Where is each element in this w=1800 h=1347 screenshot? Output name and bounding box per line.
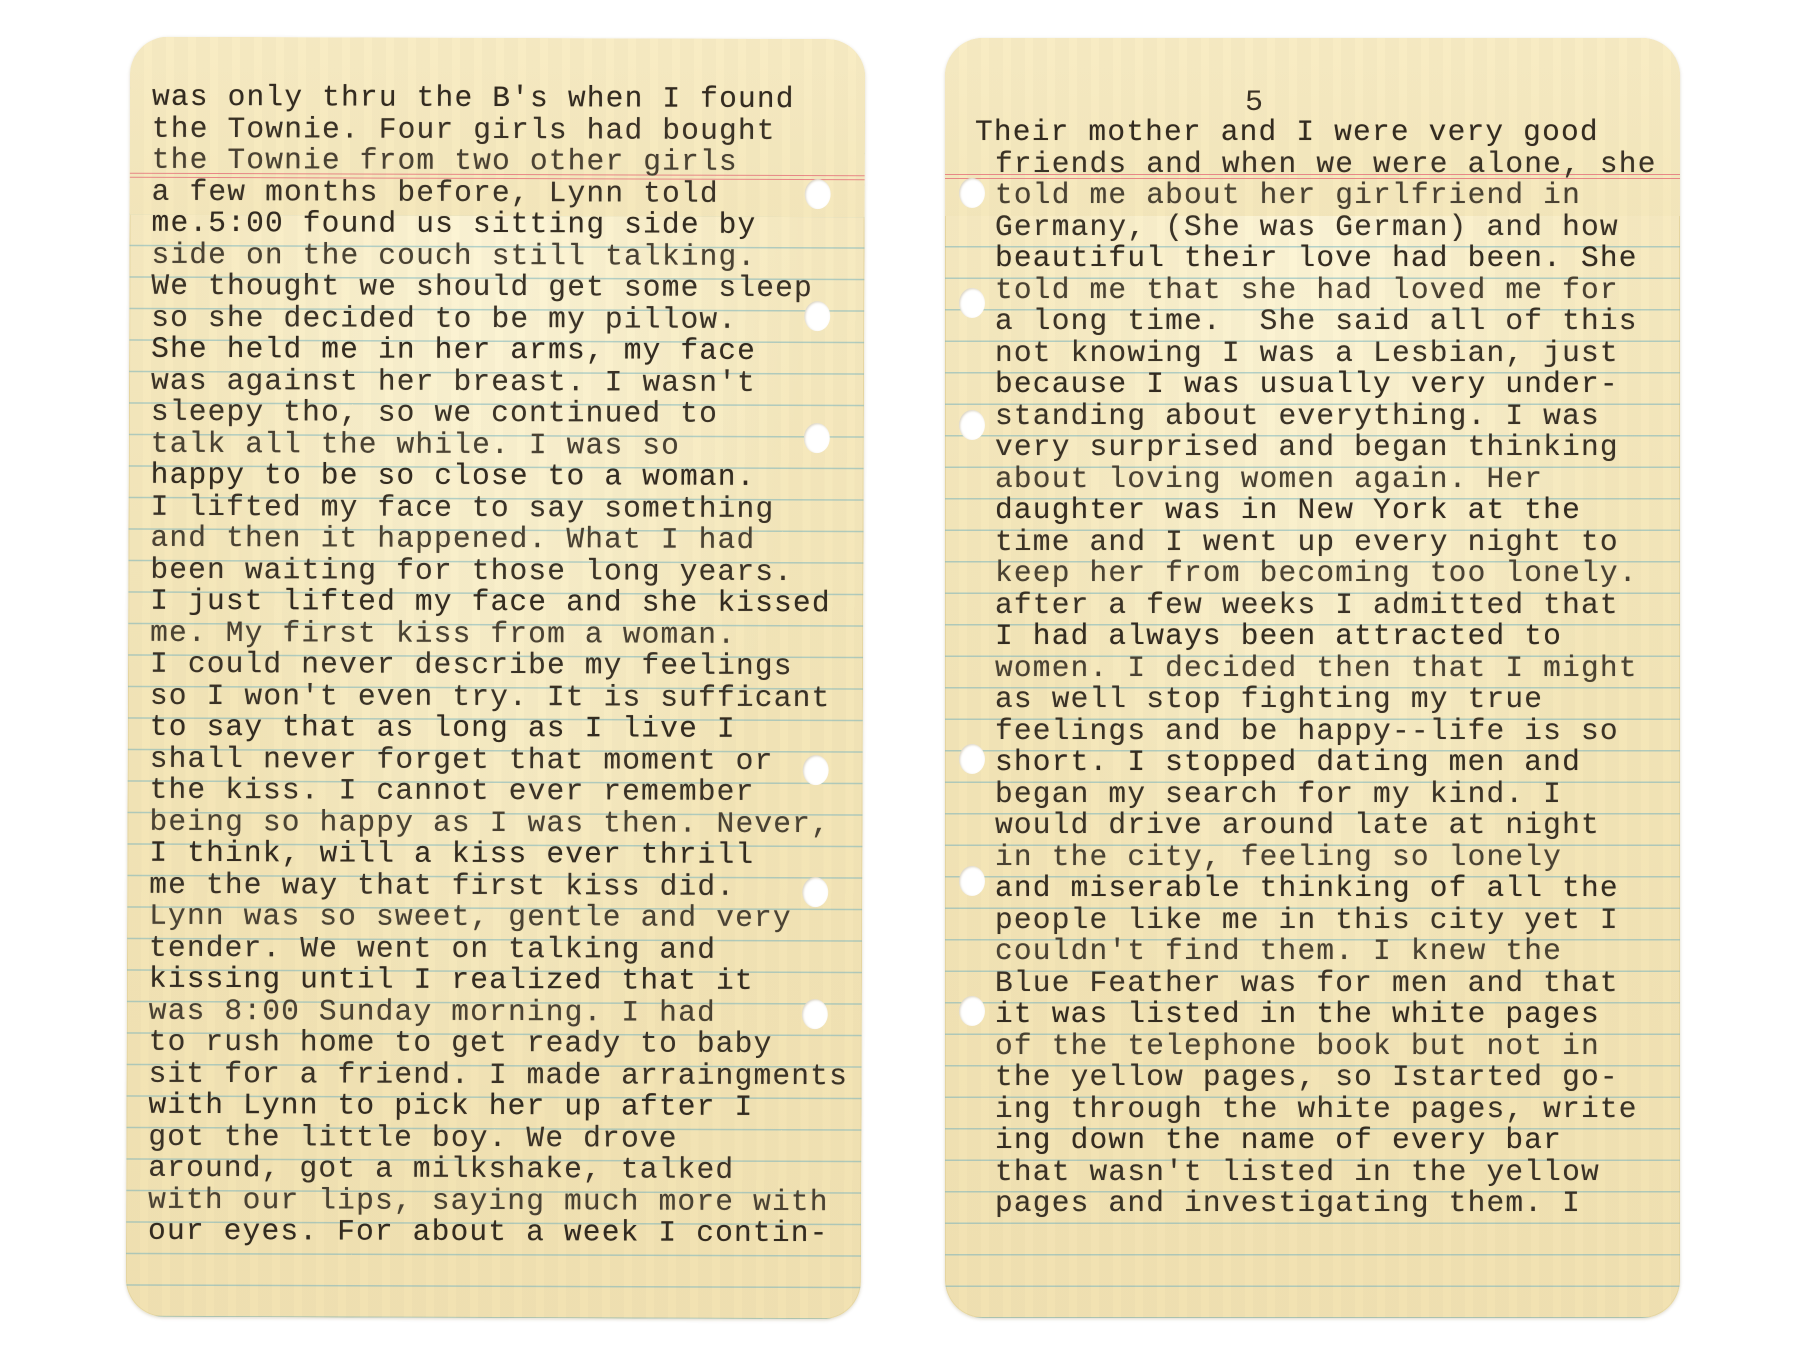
typed-line: standing about everything. I was bbox=[975, 401, 1657, 433]
typed-line: sit for a friend. I made arraingments bbox=[149, 1058, 849, 1092]
typed-line: to say that as long as I live I bbox=[150, 712, 850, 746]
typed-line: time and I went up every night to bbox=[975, 527, 1657, 559]
typed-line: was against her breast. I wasn't bbox=[151, 365, 851, 399]
typed-line: I could never describe my feelings bbox=[150, 649, 850, 683]
typed-line: I think, will a kiss ever thrill bbox=[149, 838, 849, 872]
typed-line: tender. We went on talking and bbox=[149, 932, 849, 966]
typed-line: I just lifted my face and she kissed bbox=[150, 586, 850, 620]
typed-line: the Townie from two other girls bbox=[152, 145, 852, 179]
typed-line: told me about her girlfriend in bbox=[975, 180, 1657, 212]
typed-line: side on the couch still talking. bbox=[151, 239, 851, 273]
typed-line: the kiss. I cannot ever remember bbox=[150, 775, 850, 809]
typed-line: keep her from becoming too lonely. bbox=[975, 558, 1657, 590]
typed-line: talk all the while. I was so bbox=[151, 428, 851, 462]
typed-line: was 8:00 Sunday morning. I had bbox=[149, 995, 849, 1029]
typed-line: She held me in her arms, my face bbox=[151, 334, 851, 368]
typed-line: because I was usually very under- bbox=[975, 369, 1657, 401]
typed-line: with Lynn to pick her up after I bbox=[148, 1090, 848, 1124]
typed-line: ing through the white pages, write bbox=[975, 1094, 1657, 1126]
typed-line: being so happy as I was then. Never, bbox=[149, 806, 849, 840]
typed-line: very surprised and began thinking bbox=[975, 432, 1657, 464]
typed-line: sleepy tho, so we continued to bbox=[151, 397, 851, 431]
typed-line: Blue Feather was for men and that bbox=[975, 968, 1657, 1000]
typed-line: feelings and be happy--life is so bbox=[975, 716, 1657, 748]
typed-line: as well stop fighting my true bbox=[975, 684, 1657, 716]
typed-line: pages and investigating them. I bbox=[975, 1188, 1657, 1220]
typed-line: our eyes. For about a week I contin- bbox=[148, 1216, 848, 1250]
typed-line: kissing until I realized that it bbox=[149, 964, 849, 998]
typed-line: short. I stopped dating men and bbox=[975, 747, 1657, 779]
typed-line: a few months before, Lynn told bbox=[152, 176, 852, 210]
typed-line: it was listed in the white pages bbox=[975, 999, 1657, 1031]
typed-line: beautiful their love had been. She bbox=[975, 243, 1657, 275]
right-index-card: 5 Their mother and I were very goodfrien… bbox=[945, 38, 1680, 1318]
typed-line: Their mother and I were very good bbox=[975, 117, 1657, 149]
typed-line: of the telephone book but not in bbox=[975, 1031, 1657, 1063]
typed-line: that wasn't listed in the yellow bbox=[975, 1157, 1657, 1189]
typed-line: women. I decided then that I might bbox=[975, 653, 1657, 685]
typed-line: Germany, (She was German) and how bbox=[975, 212, 1657, 244]
typed-line: after a few weeks I admitted that bbox=[975, 590, 1657, 622]
typed-line: I had always been attracted to bbox=[975, 621, 1657, 653]
typed-line: daughter was in New York at the bbox=[975, 495, 1657, 527]
typed-line: and miserable thinking of all the bbox=[975, 873, 1657, 905]
typed-line: me the way that first kiss did. bbox=[149, 869, 849, 903]
typed-line: about loving women again. Her bbox=[975, 464, 1657, 496]
typed-line: so she decided to be my pillow. bbox=[151, 302, 851, 336]
typed-line: to rush home to get ready to baby bbox=[149, 1027, 849, 1061]
typed-line: me.5:00 found us sitting side by bbox=[152, 208, 852, 242]
typed-line: began my search for my kind. I bbox=[975, 779, 1657, 811]
typed-line: so I won't even try. It is sufficant bbox=[150, 680, 850, 714]
typed-line: around, got a milkshake, talked bbox=[148, 1153, 848, 1187]
typed-line: people like me in this city yet I bbox=[975, 905, 1657, 937]
typed-line: and then it happened. What I had bbox=[150, 523, 850, 557]
typed-line: would drive around late at night bbox=[975, 810, 1657, 842]
typed-line: with our lips, saying much more with bbox=[148, 1184, 848, 1218]
typed-line: the Townie. Four girls had bought bbox=[152, 113, 852, 147]
typed-line: the yellow pages, so Istarted go- bbox=[975, 1062, 1657, 1094]
typed-line: told me that she had loved me for bbox=[975, 275, 1657, 307]
typed-line: I lifted my face to say something bbox=[151, 491, 851, 525]
typed-line: Lynn was so sweet, gentle and very bbox=[149, 901, 849, 935]
typed-line: not knowing I was a Lesbian, just bbox=[975, 338, 1657, 370]
typed-text-block: Their mother and I were very goodfriends… bbox=[975, 117, 1657, 1220]
typed-line: was only thru the B's when I found bbox=[152, 82, 852, 116]
typed-line: We thought we should get some sleep bbox=[151, 271, 851, 305]
typed-line: friends and when we were alone, she bbox=[975, 149, 1657, 181]
typed-line: ing down the name of every bar bbox=[975, 1125, 1657, 1157]
typed-line: happy to be so close to a woman. bbox=[151, 460, 851, 494]
typed-line: been waiting for those long years. bbox=[150, 554, 850, 588]
typed-line: got the little boy. We drove bbox=[148, 1121, 848, 1155]
typed-text-block: was only thru the B's when I foundthe To… bbox=[148, 82, 851, 1250]
typed-line: a long time. She said all of this bbox=[975, 306, 1657, 338]
typed-line: in the city, feeling so lonely bbox=[975, 842, 1657, 874]
typed-line: couldn't find them. I knew the bbox=[975, 936, 1657, 968]
typed-line: shall never forget that moment or bbox=[150, 743, 850, 777]
typed-line: me. My first kiss from a woman. bbox=[150, 617, 850, 651]
left-index-card: was only thru the B's when I foundthe To… bbox=[126, 37, 865, 1320]
